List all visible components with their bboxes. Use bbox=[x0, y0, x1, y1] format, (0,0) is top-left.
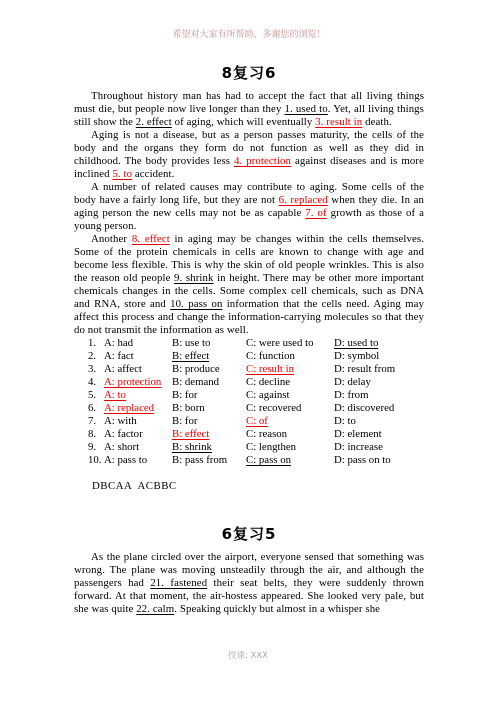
cloze-blank: 4. protection bbox=[234, 155, 291, 167]
question-row: 7.A: withB: forC: ofD: to bbox=[88, 415, 424, 428]
option-label: C: against bbox=[246, 389, 289, 401]
question-row: 10.A: pass toB: pass fromC: pass onD: pa… bbox=[88, 454, 424, 467]
option-answer: C: pass on bbox=[246, 454, 291, 466]
option-cell: B: shrink bbox=[172, 441, 246, 454]
option-cell: A: short bbox=[104, 441, 172, 454]
option-label: D: from bbox=[334, 389, 368, 401]
option-cell: B: use to bbox=[172, 337, 246, 350]
option-label: A: fact bbox=[104, 350, 134, 362]
text-run: death. bbox=[362, 116, 391, 128]
cloze-blank: 5. to bbox=[112, 168, 132, 180]
option-cell: B: effect bbox=[172, 428, 246, 441]
option-cell: B: produce bbox=[172, 363, 246, 376]
option-cell: A: fact bbox=[104, 350, 172, 363]
option-label: B: demand bbox=[172, 376, 219, 388]
option-answer: A: protection bbox=[104, 376, 161, 388]
option-label: D: element bbox=[334, 428, 382, 440]
option-label: D: symbol bbox=[334, 350, 379, 362]
option-cell: B: for bbox=[172, 415, 246, 428]
option-label: D: result from bbox=[334, 363, 395, 375]
option-cell: B: effect bbox=[172, 350, 246, 363]
question-number: 10. bbox=[88, 454, 104, 467]
question-row: 1.A: hadB: use toC: were used toD: used … bbox=[88, 337, 424, 350]
passage-2: As the plane circled over the airport, e… bbox=[74, 551, 424, 616]
option-cell: B: born bbox=[172, 402, 246, 415]
text-run: Another bbox=[91, 233, 132, 245]
paragraph: Aging is not a disease, but as a person … bbox=[74, 129, 424, 181]
option-cell: C: lengthen bbox=[246, 441, 334, 454]
option-label: D: discovered bbox=[334, 402, 394, 414]
question-number: 9. bbox=[88, 441, 104, 454]
question-number: 2. bbox=[88, 350, 104, 363]
question-number: 8. bbox=[88, 428, 104, 441]
option-cell: C: pass on bbox=[246, 454, 334, 467]
option-label: C: function bbox=[246, 350, 295, 362]
option-label: C: decline bbox=[246, 376, 290, 388]
paragraph: Another 8. effect in aging may be change… bbox=[74, 233, 424, 337]
question-row: 3.A: affectB: produceC: result inD: resu… bbox=[88, 363, 424, 376]
option-cell: A: had bbox=[104, 337, 172, 350]
cloze-blank: 2. effect bbox=[136, 116, 172, 128]
question-number: 4. bbox=[88, 376, 104, 389]
option-label: A: affect bbox=[104, 363, 142, 375]
document-page: 希望对大家有所帮助，多谢您的浏览！ 8复习6 Throughout histor… bbox=[0, 0, 496, 616]
option-cell: A: protection bbox=[104, 376, 172, 389]
passage-1: Throughout history man has had to accept… bbox=[74, 90, 424, 337]
option-cell: A: to bbox=[104, 389, 172, 402]
option-cell: A: factor bbox=[104, 428, 172, 441]
cloze-blank: 1. used to bbox=[285, 103, 328, 115]
question-row: 6.A: replacedB: bornC: recoveredD: disco… bbox=[88, 402, 424, 415]
option-cell: D: discovered bbox=[334, 402, 424, 415]
footer-note: 授课: XXX bbox=[0, 649, 496, 661]
option-answer: B: shrink bbox=[172, 441, 212, 453]
question-row: 8.A: factorB: effectC: reasonD: element bbox=[88, 428, 424, 441]
option-label: C: reason bbox=[246, 428, 287, 440]
option-label: C: recovered bbox=[246, 402, 301, 414]
option-label: D: increase bbox=[334, 441, 383, 453]
paragraph: Throughout history man has had to accept… bbox=[74, 90, 424, 129]
option-label: B: for bbox=[172, 415, 198, 427]
cloze-blank: 7. of bbox=[305, 207, 326, 219]
question-number: 3. bbox=[88, 363, 104, 376]
option-answer: B: effect bbox=[172, 428, 209, 440]
option-cell: A: affect bbox=[104, 363, 172, 376]
option-label: B: use to bbox=[172, 337, 210, 349]
option-cell: B: pass from bbox=[172, 454, 246, 467]
option-label: B: for bbox=[172, 389, 198, 401]
option-label: D: to bbox=[334, 415, 356, 427]
cloze-blank: 22. calm bbox=[136, 603, 174, 615]
question-number: 7. bbox=[88, 415, 104, 428]
option-cell: C: function bbox=[246, 350, 334, 363]
option-answer: C: result in bbox=[246, 363, 294, 375]
option-label: A: short bbox=[104, 441, 139, 453]
option-cell: A: pass to bbox=[104, 454, 172, 467]
question-row: 5.A: toB: forC: againstD: from bbox=[88, 389, 424, 402]
option-cell: D: element bbox=[334, 428, 424, 441]
option-cell: B: for bbox=[172, 389, 246, 402]
option-answer: B: effect bbox=[172, 350, 209, 362]
text-run: accident. bbox=[132, 168, 174, 180]
option-label: A: factor bbox=[104, 428, 143, 440]
paragraph: A number of related causes may contribut… bbox=[74, 181, 424, 233]
header-note: 希望对大家有所帮助，多谢您的浏览！ bbox=[74, 30, 424, 41]
section-title-1: 8复习6 bbox=[74, 63, 424, 83]
option-label: A: with bbox=[104, 415, 137, 427]
question-list: 1.A: hadB: use toC: were used toD: used … bbox=[88, 337, 424, 467]
option-answer: D: used to bbox=[334, 337, 378, 349]
option-answer: A: to bbox=[104, 389, 126, 401]
option-label: B: produce bbox=[172, 363, 220, 375]
option-cell: D: symbol bbox=[334, 350, 424, 363]
cloze-blank: 21. fastened bbox=[150, 577, 207, 589]
option-label: C: were used to bbox=[246, 337, 313, 349]
question-row: 2.A: factB: effectC: functionD: symbol bbox=[88, 350, 424, 363]
option-label: D: delay bbox=[334, 376, 371, 388]
option-cell: A: replaced bbox=[104, 402, 172, 415]
option-cell: D: delay bbox=[334, 376, 424, 389]
option-label: D: pass on to bbox=[334, 454, 391, 466]
cloze-blank: 6. replaced bbox=[279, 194, 328, 206]
option-cell: C: against bbox=[246, 389, 334, 402]
option-cell: D: result from bbox=[334, 363, 424, 376]
section-title-2: 6复习5 bbox=[74, 524, 424, 544]
cloze-blank: 10. pass on bbox=[170, 298, 222, 310]
option-cell: C: result in bbox=[246, 363, 334, 376]
question-number: 1. bbox=[88, 337, 104, 350]
answer-key: DBCAA ACBBC bbox=[92, 480, 424, 493]
cloze-blank: 8. effect bbox=[132, 233, 170, 245]
option-cell: C: decline bbox=[246, 376, 334, 389]
question-number: 6. bbox=[88, 402, 104, 415]
option-cell: D: used to bbox=[334, 337, 424, 350]
option-cell: D: pass on to bbox=[334, 454, 424, 467]
option-cell: D: to bbox=[334, 415, 424, 428]
text-run: of aging, which will eventually bbox=[172, 116, 315, 128]
option-answer: C: of bbox=[246, 415, 268, 427]
question-row: 9.A: shortB: shrinkC: lengthenD: increas… bbox=[88, 441, 424, 454]
option-cell: D: from bbox=[334, 389, 424, 402]
cloze-blank: 3. result in bbox=[315, 116, 362, 128]
cloze-blank: 9. shrink bbox=[174, 272, 213, 284]
option-cell: B: demand bbox=[172, 376, 246, 389]
option-label: A: had bbox=[104, 337, 133, 349]
paragraph: As the plane circled over the airport, e… bbox=[74, 551, 424, 616]
option-label: A: pass to bbox=[104, 454, 147, 466]
text-run: . Speaking quickly but almost in a whisp… bbox=[174, 603, 380, 615]
option-answer: A: replaced bbox=[104, 402, 154, 414]
option-cell: C: were used to bbox=[246, 337, 334, 350]
option-cell: C: recovered bbox=[246, 402, 334, 415]
option-cell: A: with bbox=[104, 415, 172, 428]
question-row: 4.A: protectionB: demandC: declineD: del… bbox=[88, 376, 424, 389]
option-label: B: born bbox=[172, 402, 205, 414]
question-number: 5. bbox=[88, 389, 104, 402]
option-cell: D: increase bbox=[334, 441, 424, 454]
option-label: B: pass from bbox=[172, 454, 227, 466]
option-cell: C: reason bbox=[246, 428, 334, 441]
option-cell: C: of bbox=[246, 415, 334, 428]
option-label: C: lengthen bbox=[246, 441, 296, 453]
